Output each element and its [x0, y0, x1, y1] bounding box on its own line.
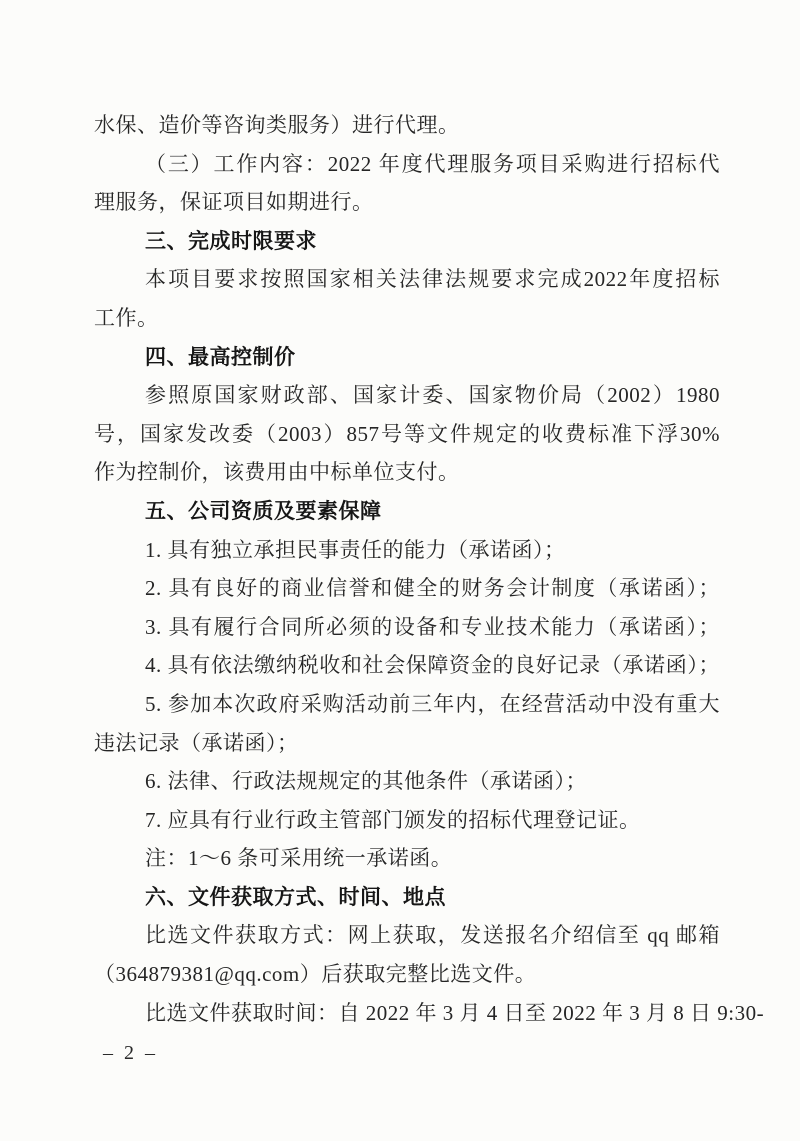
text-line: 工作。 — [94, 299, 720, 338]
text-line: （三）工作内容：2022 年度代理服务项目采购进行招标代 — [94, 145, 720, 184]
text-line: 比选文件获取方式：网上获取，发送报名介绍信至 qq 邮箱 — [94, 916, 720, 955]
text-line: （364879381@qq.com）后获取完整比选文件。 — [94, 955, 720, 994]
document-body: 水保、造价等咨询类服务）进行代理。 （三）工作内容：2022 年度代理服务项目采… — [94, 106, 720, 1032]
note-line: 注：1～6 条可采用统一承诺函。 — [94, 839, 720, 878]
section-heading: 四、最高控制价 — [94, 338, 720, 377]
list-item: 4. 具有依法缴纳税收和社会保障资金的良好记录（承诺函）； — [94, 646, 720, 685]
text-line: 水保、造价等咨询类服务）进行代理。 — [94, 106, 720, 145]
document-page: 水保、造价等咨询类服务）进行代理。 （三）工作内容：2022 年度代理服务项目采… — [0, 0, 800, 1141]
list-item: 7. 应具有行业行政主管部门颁发的招标代理登记证。 — [94, 801, 720, 840]
section-heading: 三、完成时限要求 — [94, 222, 720, 261]
text-line: 本项目要求按照国家相关法律法规要求完成2022年度招标 — [94, 260, 720, 299]
list-item: 1. 具有独立承担民事责任的能力（承诺函）； — [94, 531, 720, 570]
list-item: 3. 具有履行合同所必须的设备和专业技术能力（承诺函）； — [94, 608, 720, 647]
text-line: 作为控制价，该费用由中标单位支付。 — [94, 453, 720, 492]
list-item: 违法记录（承诺函）； — [94, 724, 720, 763]
section-heading: 五、公司资质及要素保障 — [94, 492, 720, 531]
list-item: 6. 法律、行政法规规定的其他条件（承诺函）； — [94, 762, 720, 801]
list-item: 5. 参加本次政府采购活动前三年内，在经营活动中没有重大 — [94, 685, 720, 724]
list-item: 2. 具有良好的商业信誉和健全的财务会计制度（承诺函）； — [94, 569, 720, 608]
text-line: 参照原国家财政部、国家计委、国家物价局（2002）1980 — [94, 376, 720, 415]
text-line: 比选文件获取时间：自 2022 年 3 月 4 日至 2022 年 3 月 8 … — [94, 994, 720, 1033]
text-line: 理服务，保证项目如期进行。 — [94, 183, 720, 222]
page-number: – 2 – — [103, 1042, 158, 1065]
text-line: 号，国家发改委（2003）857号等文件规定的收费标准下浮30% — [94, 415, 720, 454]
section-heading: 六、文件获取方式、时间、地点 — [94, 878, 720, 917]
